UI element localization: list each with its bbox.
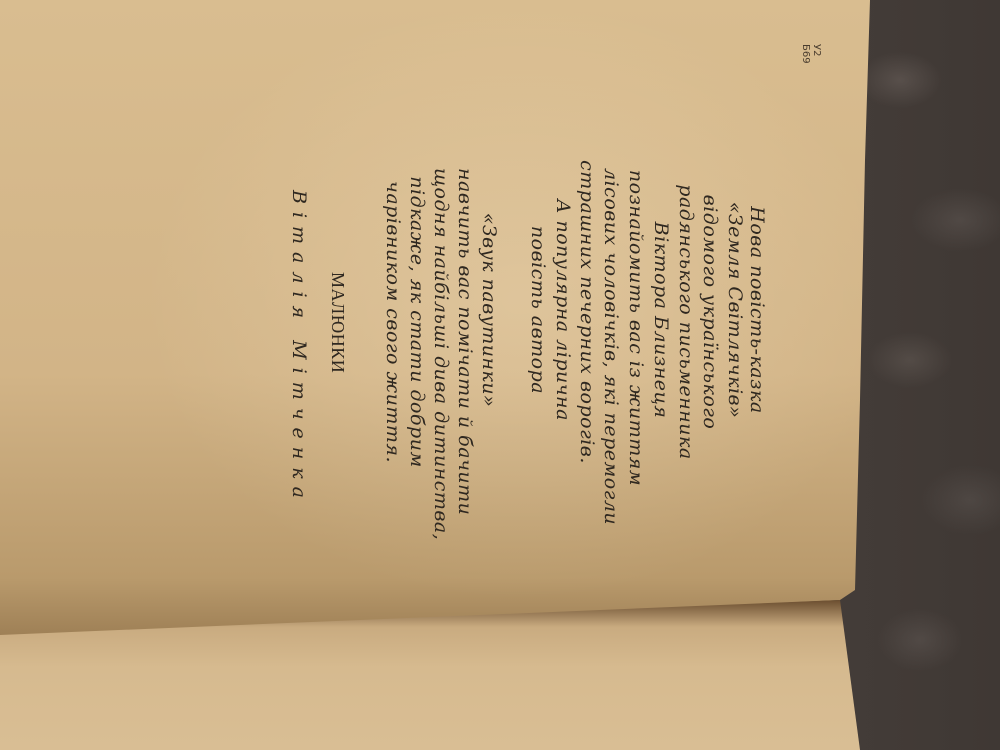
catalog-code: У2 Б69 xyxy=(800,44,822,64)
catalog-code-line2: Б69 xyxy=(800,44,811,64)
blurb-line: А популярна лірична xyxy=(552,150,574,470)
blurb-line: познайомить вас із життям xyxy=(625,168,647,488)
blurb-line: радянського письменника xyxy=(675,162,697,482)
blurb-line: навчить вас помічати й бачити xyxy=(454,168,476,488)
credits-illustrator: Віталія Мітченка xyxy=(288,190,310,506)
blurb-line: підкаже, як стати добрим xyxy=(406,162,428,482)
blurb-line: чарівником свого життя. xyxy=(382,162,404,482)
blurb-line: страшних печерних ворогів. xyxy=(576,152,598,472)
blurb-line: «Звук павутинки» xyxy=(478,150,500,470)
blurb-line: Віктора Близнеця xyxy=(650,160,672,480)
blurb-line: «Земля Світлячків» xyxy=(724,150,746,470)
blurb-line: повість автора xyxy=(527,150,549,470)
blurb-line: відомого українського xyxy=(699,152,721,472)
credits-label: МАЛЮНКИ xyxy=(327,272,348,373)
catalog-code-line1: У2 xyxy=(811,44,822,64)
blurb-line: лісових чоловічків, які перемогли xyxy=(600,168,622,488)
blurb-line: щодня найбільші дива дитинства, xyxy=(430,168,452,488)
blurb-line: Нова повість-казка xyxy=(746,150,768,470)
